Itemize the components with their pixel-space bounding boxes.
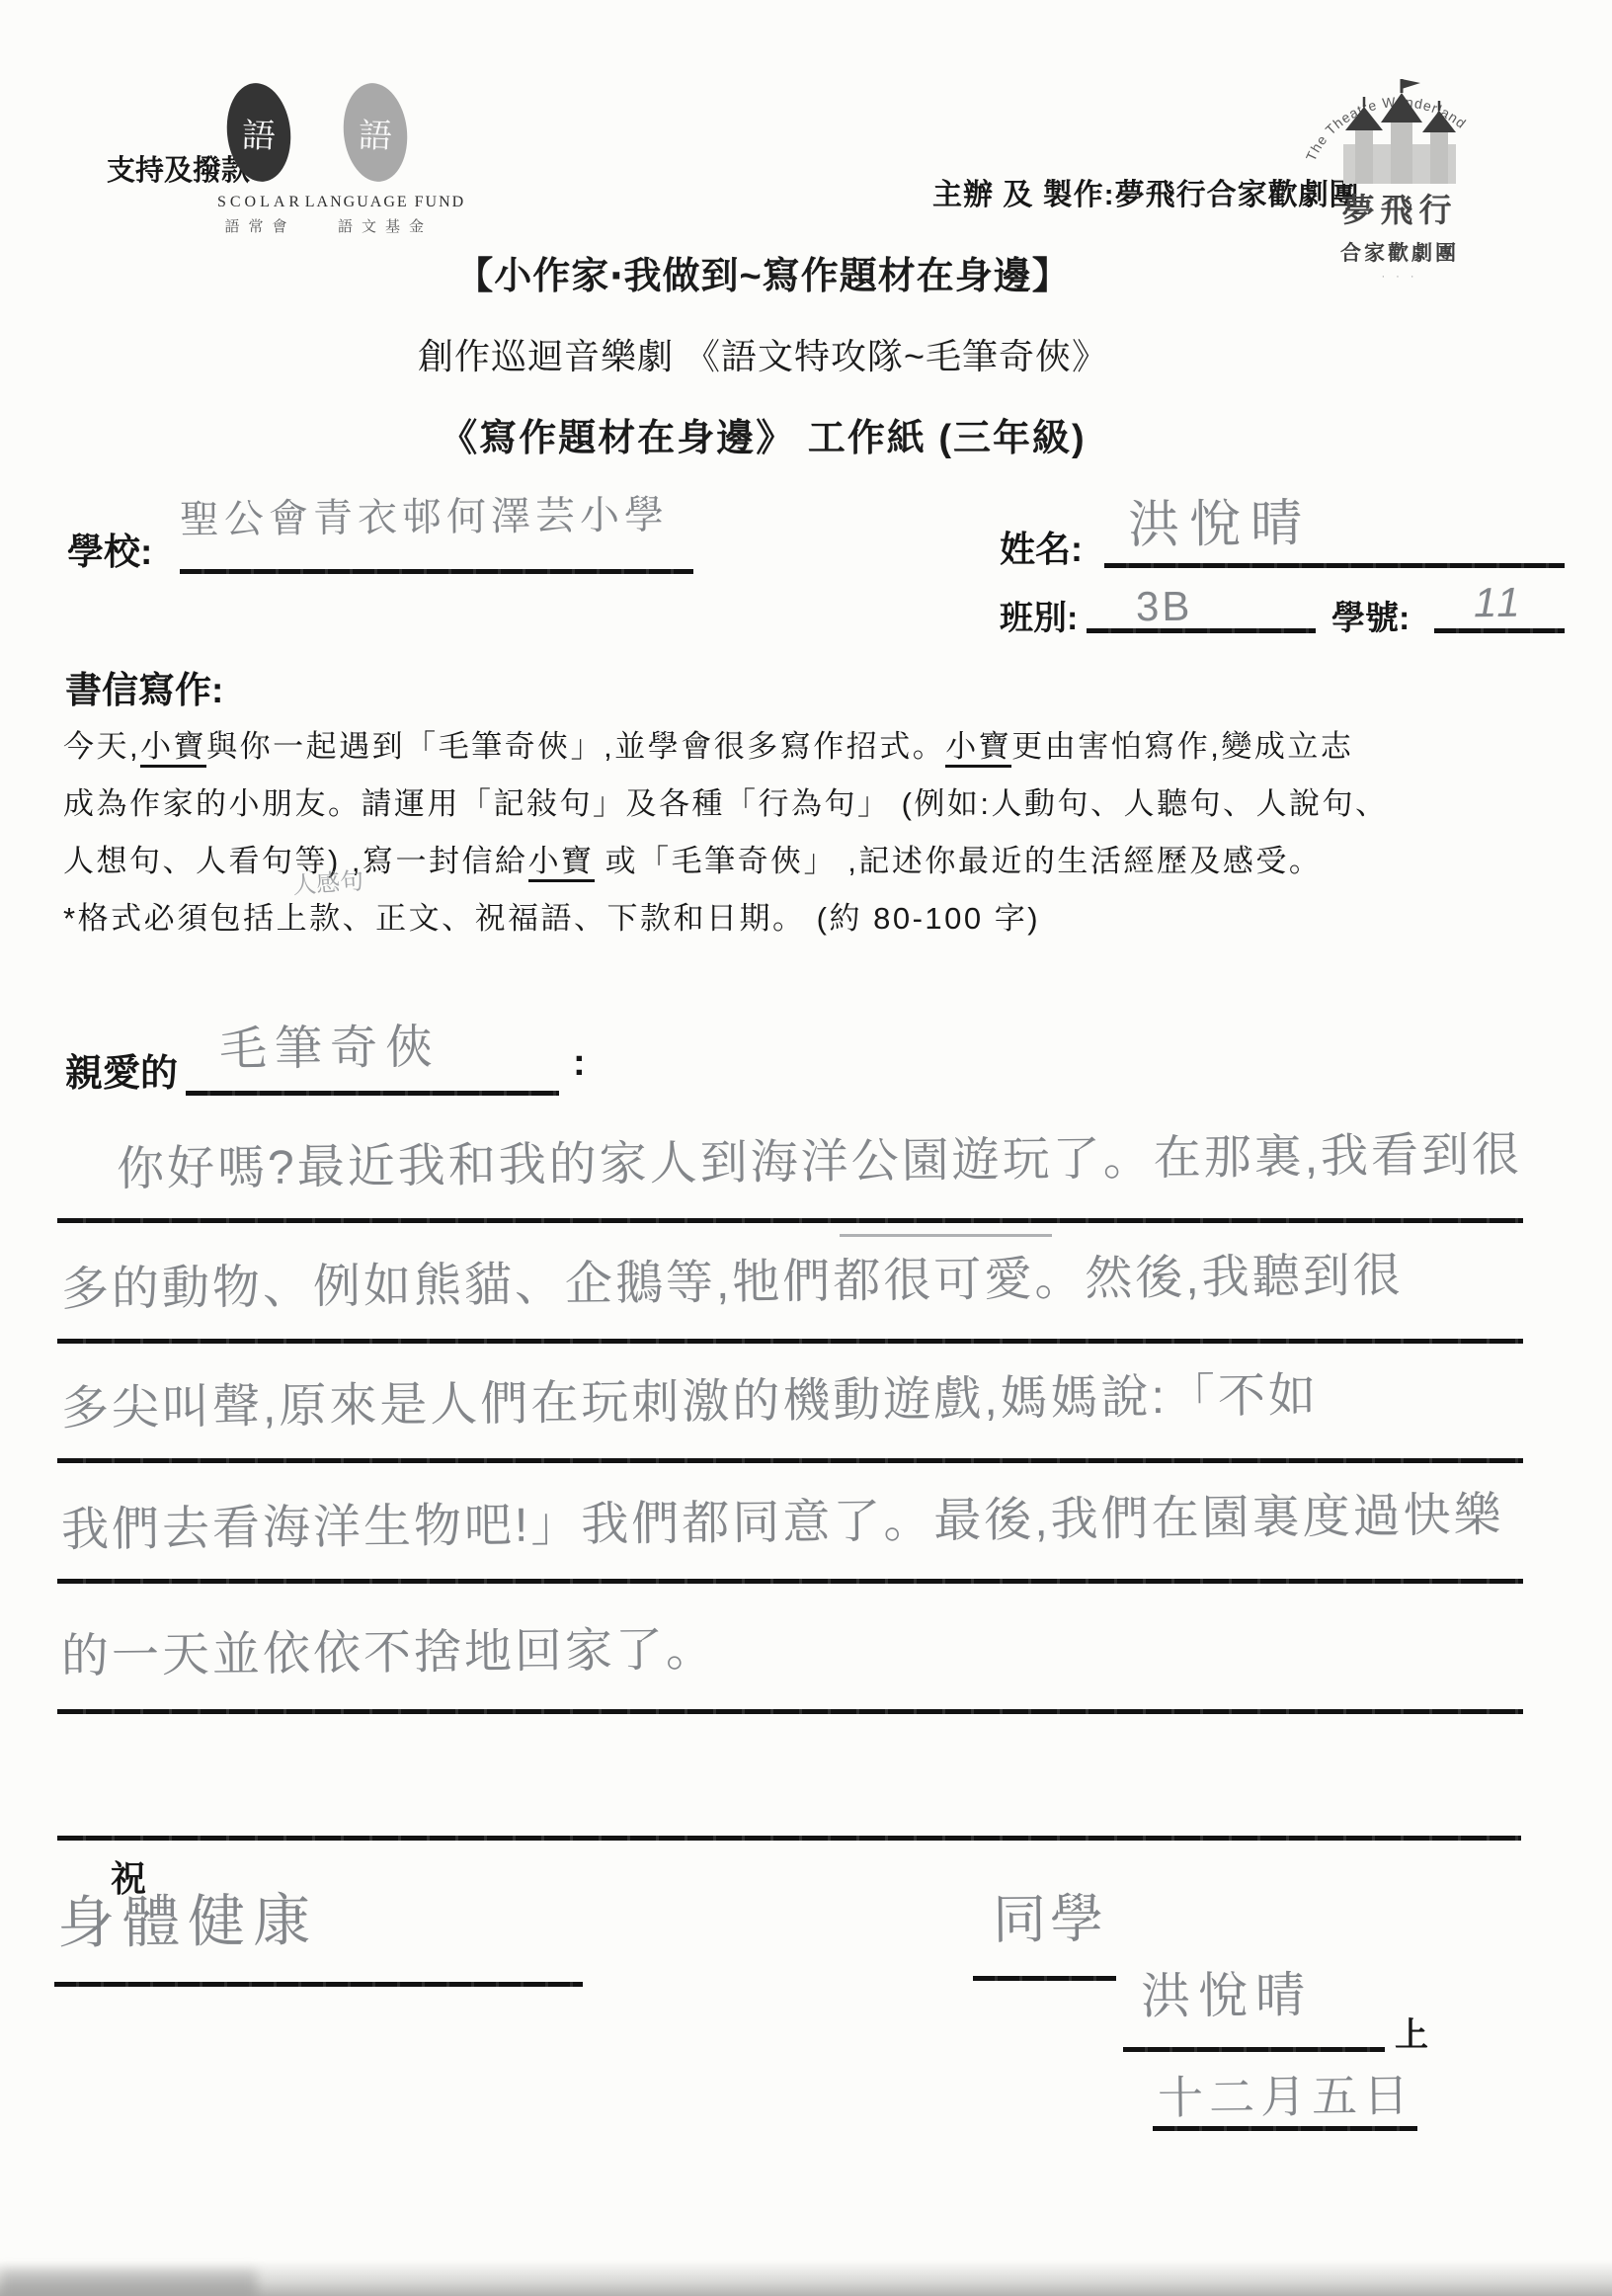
instruction-text: 成為作家的小朋友。請運用「記敍句」及各種「行為句」 (例如:人動句、人聽句、人說… — [63, 786, 1389, 821]
writing-line — [57, 1339, 1523, 1344]
wish-handwriting: 身體健康 — [57, 1874, 319, 1960]
writing-line — [57, 1458, 1523, 1463]
date-handwriting: 十二月五日 — [1158, 2060, 1415, 2128]
language-fund-seal-icon: 語 — [339, 80, 412, 185]
school-handwriting: 聖公會青衣邨何澤芸小學 — [180, 483, 670, 544]
student-number-label: 學號: — [1331, 591, 1410, 639]
pencil-note-handwriting: 人感句 — [291, 861, 364, 901]
instruction-text: 與你一起遇到「毛筆奇俠」,並學會很多寫作招式。 — [206, 729, 945, 764]
instruction-line: 人想句、人看句等) ,寫一封信給小寶 或「毛筆奇俠」 ,記述你最近的生活經歷及感… — [63, 836, 1322, 880]
language-fund-seal-glyph: 語 — [358, 108, 393, 157]
salutation-field-line — [186, 1091, 559, 1096]
signoff-role-handwriting: 同學 — [993, 1876, 1108, 1953]
worksheet-titles: 【小作家‧我做到~寫作題材在身邊】 創作巡迴音樂劇 《語文特攻隊~毛筆奇俠》 《… — [0, 245, 1526, 461]
name-handwriting: 洪悅晴 — [1128, 481, 1313, 557]
letter-body-handwriting: 我們去看海洋生物吧!」我們都同意了。最後,我們在園裏度過快樂 — [61, 1490, 1504, 1557]
instruction-text: *格式必須包括上款、正文、祝福語、下款和日期。 (約 80-100 字) — [63, 901, 1040, 936]
instruction-text: 或「毛筆奇俠」 ,記述你最近的生活經歷及感受。 — [595, 844, 1323, 878]
language-fund-logo-en: LANGUAGE FUND — [296, 194, 474, 211]
name-field-line — [1104, 563, 1565, 568]
language-fund-logo-caption: LANGUAGE FUND 語文基金 — [296, 194, 474, 236]
wish-field-line — [54, 1982, 583, 1987]
title-line2: 創作巡迴音樂劇 《語文特攻隊~毛筆奇俠》 — [0, 329, 1526, 379]
underlined-term: 小寶 — [140, 729, 206, 768]
instruction-text: 今天, — [63, 729, 140, 764]
date-line — [1153, 2126, 1417, 2131]
letter-body-handwriting: 的一天並依依不捨地回家了。 — [61, 1625, 717, 1684]
writing-line — [57, 1218, 1523, 1223]
title-line3: 《寫作題材在身邊》 工作紙 (三年級) — [0, 407, 1526, 461]
school-field-line — [180, 569, 693, 574]
assignment-section-title: 書信寫作: — [65, 660, 223, 713]
signoff-name-line — [1123, 2047, 1385, 2052]
scolar-seal-glyph: 語 — [241, 108, 277, 157]
salutation-colon: : — [573, 1042, 586, 1085]
class-field-line — [1087, 628, 1316, 633]
instruction-line: 成為作家的小朋友。請運用「記敍句」及各種「行為句」 (例如:人動句、人聽句、人說… — [63, 779, 1389, 823]
student-number-field-line — [1434, 628, 1565, 633]
underlined-term: 小寶 — [528, 844, 595, 882]
student-number-handwriting: 11 — [1474, 579, 1523, 627]
name-label: 姓名: — [1000, 522, 1083, 572]
instruction-line: *格式必須包括上款、正文、祝福語、下款和日期。 (約 80-100 字) — [63, 893, 1040, 938]
signoff-suffix: 上 — [1395, 2008, 1428, 2056]
letter-body-handwriting: 你好嗎?最近我和我的家人到海洋公園遊玩了。在那裏,我看到很 — [117, 1130, 1523, 1197]
instruction-line: 今天,小寶與你一起遇到「毛筆奇俠」,並學會很多寫作招式。小寶更由害怕寫作,變成立… — [63, 721, 1353, 766]
underlined-term: 小寶 — [945, 729, 1011, 768]
title-line1: 【小作家‧我做到~寫作題材在身邊】 — [0, 245, 1526, 299]
pencil-underline-ocean-park — [840, 1234, 1052, 1237]
castle-icon: The Theatre Wonderland — [1296, 73, 1503, 184]
troupe-name: 夢飛行 — [1296, 185, 1503, 231]
class-label: 班別: — [1000, 591, 1078, 639]
instruction-text: 更由害怕寫作,變成立志 — [1011, 729, 1353, 764]
blank-writing-line — [57, 1836, 1521, 1841]
worksheet-page: 支持及撥款: 語 語 SCOLAR 語常會 LANGUAGE FUND 語文基金… — [0, 0, 1612, 2296]
signoff-role-line — [973, 1976, 1116, 1981]
school-label: 學校: — [67, 522, 152, 575]
letter-body-handwriting: 多的動物、例如熊貓、企鵝等,牠們都很可愛。然後,我聽到很 — [61, 1251, 1404, 1317]
scan-bottom-shadow — [0, 2260, 1612, 2296]
letter-body-handwriting: 多尖叫聲,原來是人們在玩刺激的機動遊戲,媽媽說:「不如 — [61, 1370, 1319, 1435]
signoff-name-handwriting: 洪悅晴 — [1141, 1955, 1314, 2028]
writing-line — [57, 1709, 1523, 1714]
class-handwriting: 3B — [1136, 583, 1193, 631]
language-fund-logo-cn: 語文基金 — [296, 215, 474, 236]
writing-line — [57, 1579, 1523, 1584]
salutation-handwriting: 毛筆奇俠 — [219, 1009, 442, 1079]
salutation-label: 親愛的 — [65, 1042, 178, 1097]
